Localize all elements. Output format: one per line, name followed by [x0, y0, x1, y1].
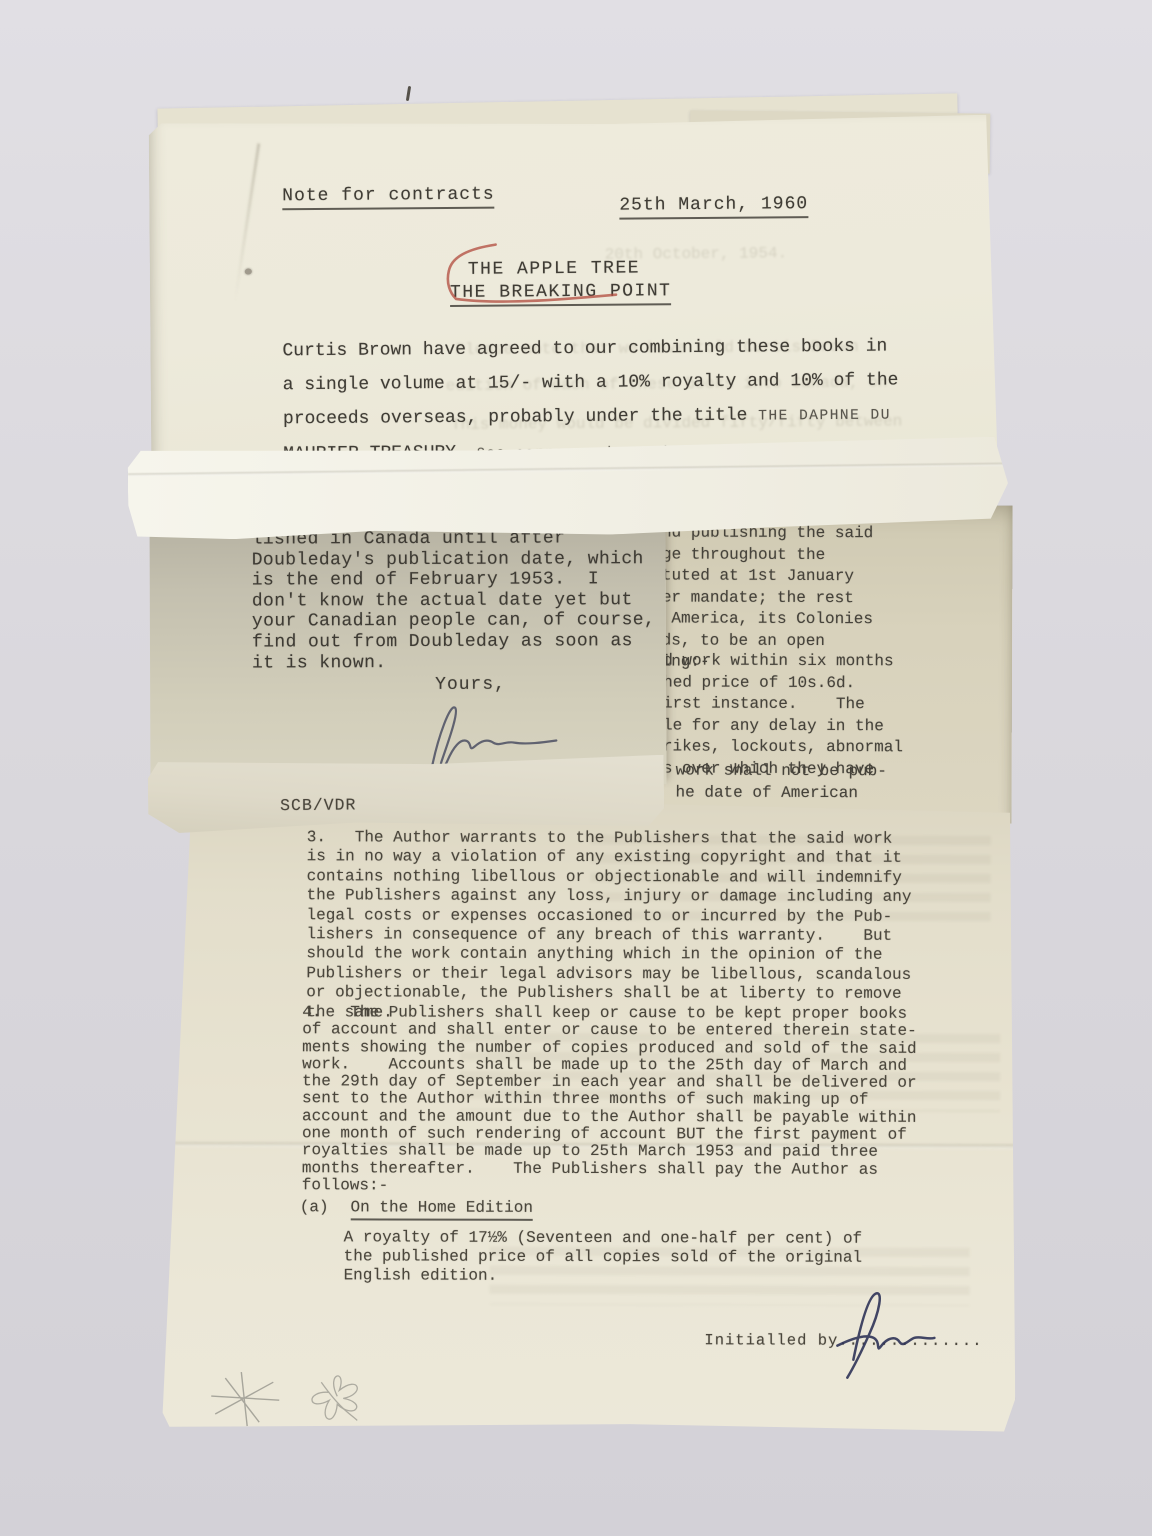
contract-clause-4: 4. The Publishers shall keep or cause to…: [302, 1004, 917, 1196]
pencil-scribble: [203, 1366, 293, 1436]
pen-tick-mark: [406, 86, 411, 101]
note-for-contracts-sheet: 20th October, 1954. Please note that we …: [149, 115, 998, 472]
fold-crease-line: [128, 463, 1008, 477]
item-a-heading: On the Home Edition: [351, 1198, 533, 1220]
pencil-scribble: [287, 1360, 387, 1435]
photo-of-documents: 20th October, 1954. Please note that we …: [0, 0, 1152, 1536]
item-a-marker: (a): [300, 1198, 329, 1216]
note-body-line: proceeds overseas, probably under the ti…: [283, 406, 758, 430]
red-editorial-mark: [428, 239, 659, 321]
letter-closing: Yours,: [435, 675, 506, 695]
note-date: 25th March, 1960: [619, 194, 808, 219]
handwritten-initials: [807, 1288, 957, 1383]
letter-fold-flap: SCB/VDR: [148, 755, 665, 834]
letter-sheet: lished in Canada until after Doubleday's…: [150, 514, 667, 786]
note-heading: Note for contracts: [282, 185, 495, 211]
note-body-line: Curtis Brown have agreed to our combinin…: [282, 330, 887, 369]
contract-clause-3: 3. The Author warrants to the Publishers…: [306, 828, 911, 1024]
letter-body: lished in Canada until after Doubleday's…: [252, 528, 656, 674]
contract-fragment-sheet: and publishing the said age throughout t…: [617, 504, 1012, 823]
contract-item-a-body: A royalty of 17½% (Seventeen and one-hal…: [344, 1228, 863, 1286]
note-body-line: a single volume at 15/- with a 10% royal…: [283, 363, 899, 402]
contract-item-a: (a)On the Home Edition: [300, 1198, 533, 1217]
mentioned-title-part1: THE DAPHNE DU: [758, 408, 891, 425]
paper-hole: [245, 269, 252, 275]
paper-crease: [234, 143, 261, 302]
contract-page: 3. The Author warrants to the Publishers…: [159, 794, 1017, 1434]
typist-reference: SCB/VDR: [280, 795, 356, 815]
